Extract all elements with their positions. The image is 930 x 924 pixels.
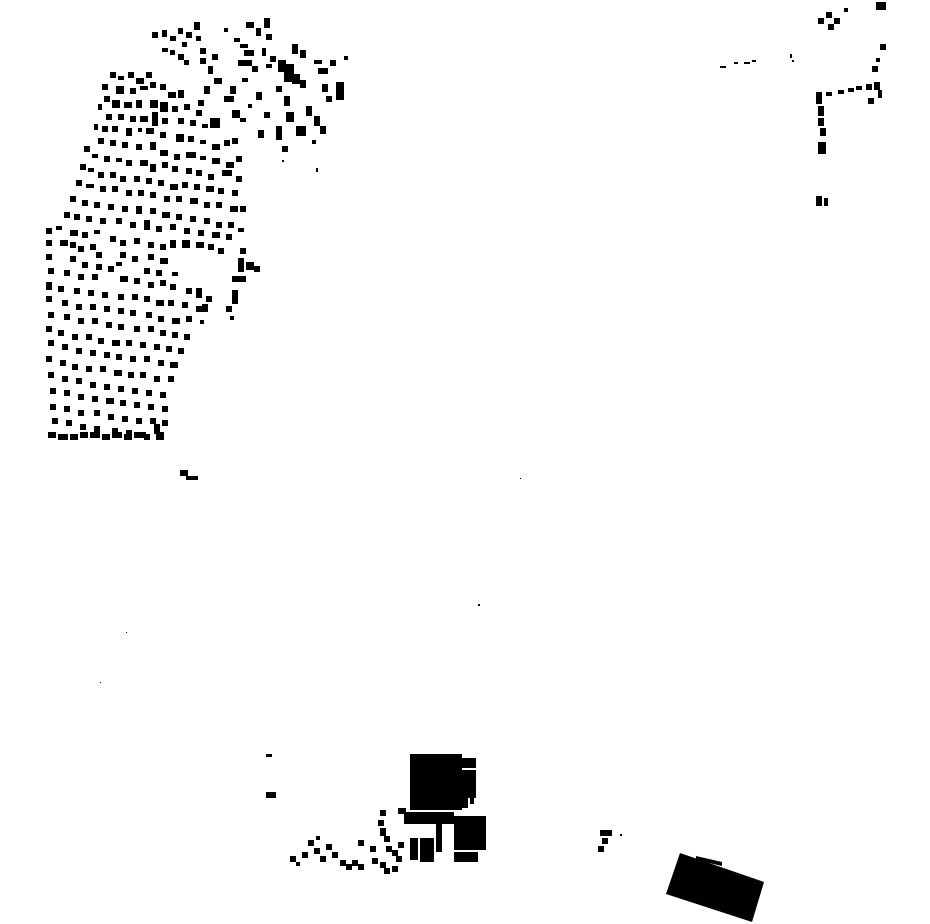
- building-footprint: [188, 136, 194, 142]
- building-footprint: [138, 128, 142, 132]
- building-footprint: [102, 84, 108, 90]
- building-footprint: [122, 416, 128, 422]
- building-footprint: [56, 226, 62, 230]
- building-footprint: [90, 244, 96, 250]
- building-footprint: [208, 66, 213, 74]
- building-footprint: [212, 144, 220, 150]
- building-footprint: [876, 58, 880, 62]
- building-footprint: [404, 812, 454, 824]
- building-footprint: [232, 290, 238, 304]
- building-footprint: [620, 834, 622, 836]
- building-footprint: [182, 240, 190, 248]
- building-footprint: [198, 230, 204, 236]
- building-footprint: [252, 66, 258, 72]
- building-footprint: [172, 272, 176, 276]
- building-footprint: [296, 862, 300, 866]
- building-footprint: [160, 132, 166, 138]
- building-footprint: [134, 238, 140, 244]
- building-footprint: [90, 350, 96, 356]
- building-footprint: [146, 312, 152, 318]
- building-footprint: [148, 404, 154, 410]
- building-footprint: [80, 164, 86, 170]
- building-footprint: [162, 118, 168, 124]
- building-footprint: [64, 314, 70, 320]
- building-footprint: [178, 28, 183, 34]
- building-footprint: [78, 274, 84, 280]
- building-footprint: [130, 88, 136, 94]
- building-footprint: [868, 98, 874, 104]
- building-footprint: [258, 130, 264, 138]
- building-footprint: [62, 344, 68, 350]
- building-footprint: [104, 306, 110, 312]
- building-footprint: [182, 302, 188, 308]
- building-footprint: [186, 168, 192, 174]
- building-footprint: [100, 186, 106, 192]
- building-footprint: [46, 356, 52, 362]
- building-footprint: [116, 262, 122, 266]
- building-footprint: [150, 142, 156, 150]
- building-footprint: [208, 174, 214, 180]
- building-footprint: [70, 256, 76, 262]
- building-footprint: [70, 434, 78, 440]
- building-footprint: [818, 142, 826, 154]
- building-footprint: [336, 82, 344, 100]
- building-footprint: [78, 394, 84, 400]
- building-footprint: [98, 104, 102, 110]
- building-footprint: [282, 160, 284, 162]
- building-footprint: [186, 476, 198, 480]
- building-footprint: [196, 288, 202, 298]
- building-footprint: [218, 188, 224, 194]
- building-footprint: [116, 354, 122, 360]
- building-footprint: [420, 838, 434, 862]
- building-footprint: [314, 116, 320, 126]
- building-footprint: [238, 228, 244, 232]
- building-footprint: [232, 190, 238, 196]
- building-footprint: [92, 396, 98, 402]
- building-footprint: [90, 304, 96, 310]
- building-footprint: [266, 34, 272, 40]
- building-footprint: [120, 400, 126, 406]
- building-footprint: [308, 840, 314, 846]
- building-footprint: [100, 682, 101, 683]
- building-footprint: [118, 386, 124, 392]
- building-footprint: [130, 222, 136, 228]
- building-footprint: [790, 54, 792, 58]
- building-footprint: [144, 356, 150, 362]
- building-footprint: [146, 178, 152, 184]
- building-footprint: [146, 390, 152, 396]
- building-footprint: [88, 290, 94, 296]
- building-footprint: [132, 294, 138, 300]
- building-footprint: [60, 360, 66, 366]
- building-footprint: [866, 84, 872, 90]
- building-footprint: [204, 86, 210, 94]
- building-footprint: [248, 104, 252, 108]
- building-footprint: [818, 106, 824, 116]
- building-footprint: [224, 28, 228, 32]
- building-footprint: [86, 216, 92, 222]
- building-footprint: [346, 864, 352, 870]
- building-footprint: [170, 362, 178, 368]
- building-footprint: [118, 294, 124, 300]
- building-footprint: [162, 406, 168, 412]
- building-footprint: [228, 222, 234, 228]
- building-footprint: [848, 88, 854, 92]
- building-footprint: [104, 96, 110, 102]
- building-footprint: [264, 18, 270, 28]
- building-footprint: [824, 198, 828, 206]
- building-footprint: [234, 38, 240, 42]
- building-footprint: [48, 312, 54, 318]
- building-footprint: [50, 404, 56, 410]
- building-footprint: [292, 74, 300, 84]
- building-footprint: [184, 104, 190, 110]
- building-footprint: [224, 96, 234, 102]
- building-footprint: [100, 218, 106, 224]
- building-footprint: [170, 284, 176, 290]
- building-footprint: [80, 432, 88, 438]
- building-footprint: [520, 478, 521, 479]
- building-footprint: [140, 86, 148, 90]
- building-footprint: [292, 44, 298, 54]
- building-footprint: [106, 114, 112, 120]
- building-footprint: [150, 100, 158, 108]
- building-footprint: [144, 220, 150, 230]
- building-footprint: [158, 360, 164, 366]
- building-footprint: [126, 128, 132, 136]
- building-footprint: [116, 86, 124, 94]
- building-footprint: [296, 126, 306, 136]
- building-footprint: [58, 330, 64, 336]
- building-footprint: [276, 86, 282, 92]
- building-footprint: [70, 230, 78, 236]
- building-footprint: [330, 60, 336, 66]
- building-footprint: [380, 862, 386, 868]
- building-footprint: [116, 158, 122, 162]
- building-footprint: [176, 196, 182, 202]
- building-footprint: [410, 838, 418, 860]
- building-footprint: [370, 846, 376, 852]
- building-footprint: [136, 78, 144, 84]
- building-footprint: [320, 856, 326, 862]
- building-footprint: [76, 180, 82, 186]
- building-footprint: [322, 84, 328, 92]
- building-footprint: [266, 64, 272, 68]
- building-footprint: [816, 92, 822, 104]
- building-footprint: [172, 106, 178, 112]
- building-footprint: [60, 240, 68, 246]
- building-footprint: [224, 140, 230, 146]
- building-footprint: [236, 156, 242, 162]
- building-footprint: [64, 212, 70, 218]
- building-footprint: [160, 150, 168, 156]
- building-footprint: [50, 388, 56, 394]
- building-footprint: [190, 198, 198, 204]
- building-footprint: [144, 296, 150, 302]
- building-footprint: [326, 96, 332, 102]
- building-footprint: [168, 92, 176, 98]
- building-footprint: [238, 60, 252, 66]
- building-footprint: [134, 432, 142, 438]
- building-footprint: [112, 186, 118, 192]
- building-footprint: [326, 844, 332, 850]
- building-footprint: [168, 376, 174, 382]
- building-footprint: [820, 128, 826, 136]
- building-footprint: [270, 56, 276, 62]
- building-footprint: [184, 60, 189, 65]
- building-footprint: [186, 288, 192, 294]
- building-footprint: [878, 90, 882, 98]
- building-footprint: [156, 270, 162, 276]
- building-footprint: [156, 226, 162, 232]
- building-footprint: [276, 126, 282, 140]
- building-footprint: [162, 30, 167, 37]
- building-footprint: [372, 858, 378, 864]
- building-footprint: [110, 72, 116, 78]
- building-footprint: [168, 300, 174, 306]
- building-footprint: [136, 206, 142, 214]
- building-footprint: [200, 156, 206, 160]
- building-footprint: [462, 758, 476, 768]
- building-footprint: [104, 156, 110, 162]
- building-footprint: [66, 420, 72, 426]
- building-footprint: [122, 206, 128, 212]
- building-footprint: [204, 218, 210, 224]
- building-footprint: [202, 304, 208, 312]
- building-footprint: [70, 196, 76, 202]
- building-footprint: [114, 370, 122, 376]
- building-footprint: [196, 36, 201, 41]
- building-footprint: [470, 798, 474, 804]
- building-footprint: [344, 56, 348, 60]
- building-footprint: [844, 8, 848, 12]
- building-footprint: [208, 244, 214, 250]
- building-footprint: [316, 836, 320, 840]
- building-footprint: [170, 36, 176, 41]
- building-footprint: [64, 390, 70, 396]
- building-footprint: [266, 792, 276, 798]
- building-footprint: [150, 418, 156, 424]
- building-footprint: [184, 334, 190, 340]
- building-footprint: [132, 388, 138, 394]
- building-footprint: [178, 54, 184, 60]
- building-footprint: [118, 114, 124, 120]
- building-footprint: [196, 306, 202, 312]
- building-footprint: [598, 846, 604, 852]
- building-footprint: [84, 146, 90, 152]
- building-footprint: [110, 236, 116, 242]
- building-footprint: [46, 240, 52, 246]
- building-footprint: [140, 116, 148, 122]
- building-footprint: [244, 50, 254, 56]
- building-footprint: [172, 166, 178, 172]
- building-footprint: [124, 434, 132, 440]
- building-footprint: [94, 230, 100, 234]
- building-footprint: [254, 266, 260, 272]
- building-footprint: [266, 754, 272, 757]
- building-footprint: [108, 204, 114, 210]
- building-footprint: [136, 418, 142, 424]
- building-footprint: [314, 60, 322, 64]
- building-footprint: [126, 632, 127, 633]
- building-footprint: [478, 604, 480, 606]
- building-footprint: [62, 376, 68, 382]
- building-footprint: [378, 820, 384, 826]
- building-footprint: [146, 72, 152, 78]
- building-footprint: [186, 32, 192, 38]
- building-footprint: [160, 102, 168, 112]
- building-footprint: [150, 82, 156, 88]
- building-footprint: [190, 216, 196, 222]
- building-footprint: [136, 100, 142, 108]
- building-footprint: [70, 242, 76, 248]
- building-footprint: [246, 22, 254, 28]
- building-footprint: [90, 432, 100, 438]
- building-footprint: [856, 86, 862, 90]
- building-footprint: [112, 340, 120, 346]
- building-footprint: [826, 12, 832, 18]
- building-footprint: [212, 158, 220, 164]
- building-footprint: [196, 110, 202, 116]
- building-footprint: [162, 162, 168, 168]
- building-footprint: [160, 84, 166, 90]
- figure-ground-map: [0, 0, 930, 924]
- building-footprint: [744, 62, 750, 64]
- building-footprint: [320, 126, 326, 134]
- building-footprint: [792, 60, 794, 62]
- building-footprint: [312, 140, 316, 144]
- building-footprint: [74, 288, 80, 294]
- building-footprint: [212, 232, 220, 238]
- building-footprint: [134, 326, 140, 332]
- building-footprint: [98, 138, 104, 144]
- building-footprint: [146, 128, 154, 134]
- building-footprint: [178, 348, 184, 354]
- building-footprint: [838, 90, 844, 94]
- building-footprint: [152, 112, 158, 126]
- building-footprint: [130, 310, 136, 316]
- building-footprint: [120, 276, 128, 282]
- building-footprint: [156, 300, 164, 306]
- building-footprint: [132, 256, 138, 262]
- building-footprint: [734, 62, 738, 64]
- building-footprint: [282, 146, 288, 152]
- building-footprint: [300, 50, 306, 58]
- building-footprint: [232, 138, 238, 144]
- building-footprint: [112, 126, 118, 132]
- building-footprint: [238, 258, 244, 272]
- building-footprint: [386, 846, 392, 852]
- building-footprint: [162, 420, 168, 426]
- building-footprint: [88, 168, 94, 172]
- building-footprint: [314, 848, 320, 854]
- building-footprint: [86, 366, 92, 372]
- building-footprint: [232, 110, 240, 118]
- building-footprint: [160, 280, 166, 286]
- building-footprint: [48, 372, 54, 378]
- building-footprint: [82, 232, 88, 238]
- building-footprint: [204, 202, 210, 208]
- building-footprint: [126, 340, 132, 346]
- building-footprint: [210, 118, 220, 128]
- building-footprint: [46, 326, 52, 332]
- building-footprint: [194, 184, 200, 190]
- building-footprint: [130, 356, 136, 362]
- building-footprint: [108, 414, 114, 420]
- building-footprint: [240, 248, 246, 254]
- building-footprint: [880, 44, 886, 50]
- building-footprint: [182, 182, 188, 188]
- building-footprint: [78, 410, 84, 416]
- building-footprint: [302, 852, 308, 858]
- building-footprint: [186, 316, 192, 322]
- building-footprint: [392, 866, 398, 872]
- building-footprint: [178, 118, 184, 124]
- building-footprint: [186, 152, 196, 158]
- building-footprint: [110, 140, 116, 146]
- building-footprint: [826, 92, 832, 96]
- building-footprint: [828, 24, 834, 30]
- building-footprint: [216, 222, 222, 228]
- building-footprint: [140, 372, 146, 378]
- building-footprint: [78, 246, 84, 252]
- building-footprint: [384, 868, 390, 874]
- building-footprint: [52, 418, 58, 424]
- building-footprint: [306, 106, 312, 116]
- building-footprint: [126, 190, 132, 196]
- building-footprint: [108, 266, 114, 272]
- building-footprint: [178, 90, 184, 98]
- building-footprint: [104, 352, 110, 358]
- building-footprint: [222, 170, 232, 176]
- building-footprint: [92, 154, 98, 158]
- building-footprint: [150, 208, 156, 214]
- building-footprint: [256, 28, 261, 36]
- building-footprint: [148, 242, 154, 248]
- building-footprint: [200, 320, 204, 324]
- building-footprint: [86, 184, 94, 188]
- building-footprint: [48, 340, 54, 346]
- building-footprint: [80, 424, 86, 430]
- building-footprint: [214, 78, 222, 84]
- building-footprint: [720, 66, 726, 68]
- building-footprint: [184, 228, 190, 234]
- building-footprint: [380, 810, 386, 816]
- building-footprint: [262, 48, 266, 56]
- building-footprint: [116, 218, 122, 224]
- building-footprint: [130, 116, 136, 122]
- building-footprint: [140, 160, 148, 166]
- building-footprint: [106, 398, 114, 404]
- building-footprint: [72, 364, 78, 370]
- building-footprint: [162, 48, 168, 52]
- building-footprint: [148, 326, 154, 332]
- building-footprint: [874, 82, 880, 90]
- building-footprint: [100, 366, 106, 372]
- building-footprint: [216, 202, 222, 208]
- building-footprint: [190, 120, 196, 126]
- building-footprint: [466, 856, 472, 860]
- building-footprint: [176, 214, 182, 220]
- building-footprint: [384, 836, 390, 842]
- building-footprint: [62, 300, 68, 306]
- building-footprint: [172, 318, 180, 324]
- building-footprint: [138, 190, 144, 196]
- building-footprint: [398, 842, 404, 848]
- building-footprint: [170, 184, 178, 190]
- building-footprint: [140, 342, 146, 348]
